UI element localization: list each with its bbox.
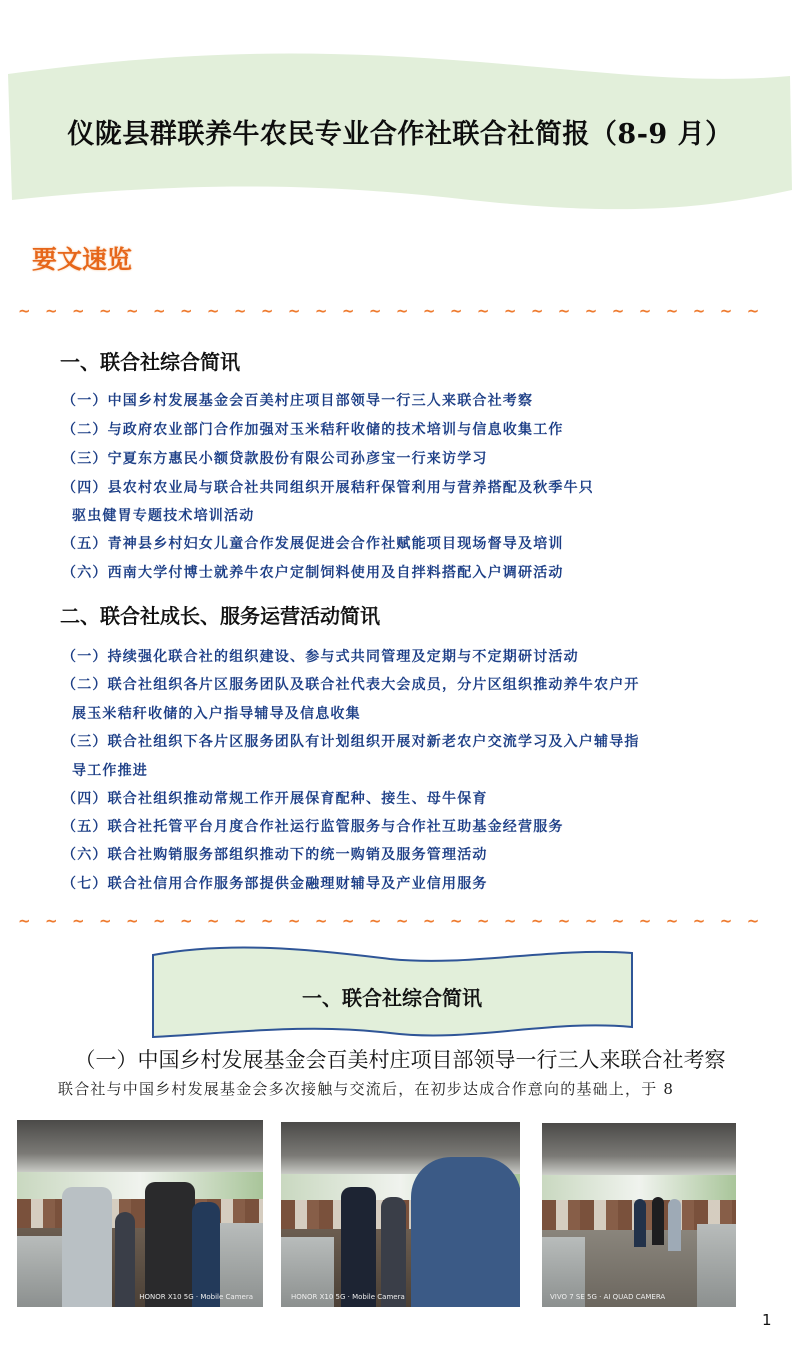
page-title: 仪陇县群联养牛农民专业合作社联合社简报（8-9 月）	[0, 112, 800, 151]
toc-link-continued[interactable]: 导工作推进	[72, 760, 148, 780]
toc-link[interactable]: （五）联合社托管平台月度合作社运行监管服务与合作社互助基金经营服务	[62, 816, 564, 836]
toc-link[interactable]: （三）宁夏东方惠民小额贷款股份有限公司孙彦宝一行来访学习	[62, 448, 488, 468]
toc-link[interactable]: （二）与政府农业部门合作加强对玉米秸秆收储的技术培训与信息收集工作	[62, 419, 564, 439]
camera-watermark: HONOR X10 5G · Mobile Camera	[139, 1293, 253, 1301]
photo-barn-visit-1: HONOR X10 5G · Mobile Camera	[17, 1120, 263, 1307]
toc-link[interactable]: （七）联合社信用合作服务部提供金融理财辅导及产业信用服务	[62, 873, 488, 893]
toc-link[interactable]: （三）联合社组织下各片区服务团队有计划组织开展对新老农户交流学习及入户辅导指	[62, 731, 640, 751]
wave-divider: ~ ~ ~ ~ ~ ~ ~ ~ ~ ~ ~ ~ ~ ~ ~ ~ ~ ~ ~ ~ …	[18, 302, 758, 320]
toc-link[interactable]: （二）联合社组织各片区服务团队及联合社代表大会成员，分片区组织推动养牛农户开	[62, 674, 640, 694]
wave-divider: ~ ~ ~ ~ ~ ~ ~ ~ ~ ~ ~ ~ ~ ~ ~ ~ ~ ~ ~ ~ …	[18, 912, 758, 930]
toc-link[interactable]: （一）中国乡村发展基金会百美村庄项目部领导一行三人来联合社考察	[62, 390, 533, 410]
toc-link[interactable]: （四）县农村农业局与联合社共同组织开展秸秆保管利用与营养搭配及秋季牛只	[62, 477, 594, 497]
page-number: 1	[762, 1311, 772, 1329]
photo-barn-visit-2: HONOR X10 5G · Mobile Camera	[281, 1122, 520, 1307]
toc-link-continued[interactable]: 展玉米秸秆收储的入户指导辅导及信息收集	[72, 703, 361, 723]
toc-link[interactable]: （五）青神县乡村妇女儿童合作发展促进会合作社赋能项目现场督导及培训	[62, 533, 564, 553]
digest-label: 要文速览	[32, 240, 132, 276]
toc-link[interactable]: （一）持续强化联合社的组织建设、参与式共同管理及定期与不定期研讨活动	[62, 646, 579, 666]
toc-link[interactable]: （四）联合社组织推动常规工作开展保育配种、接生、母牛保育	[62, 788, 488, 808]
toc-section-2-heading: 二、联合社成长、服务运营活动简讯	[60, 600, 380, 629]
toc-link[interactable]: （六）联合社购销服务部组织推动下的统一购销及服务管理活动	[62, 844, 488, 864]
article-heading: （一）中国乡村发展基金会百美村庄项目部领导一行三人来联合社考察	[0, 1044, 800, 1074]
article-paragraph: 联合社与中国乡村发展基金会多次接触与交流后，在初步达成合作意向的基础上，于 8	[58, 1078, 674, 1099]
toc-link-continued[interactable]: 驱虫健胃专题技术培训活动	[72, 505, 254, 525]
camera-watermark: HONOR X10 5G · Mobile Camera	[291, 1293, 405, 1301]
photo-barn-visit-3: VIVO 7 SE 5G · AI QUAD CAMERA	[542, 1123, 736, 1307]
toc-section-1-heading: 一、联合社综合简讯	[60, 346, 240, 375]
camera-watermark: VIVO 7 SE 5G · AI QUAD CAMERA	[550, 1293, 665, 1301]
toc-link[interactable]: （六）西南大学付博士就养牛农户定制饲料使用及自拌料搭配入户调研活动	[62, 562, 564, 582]
section-title: 一、联合社综合简讯	[150, 982, 634, 1011]
